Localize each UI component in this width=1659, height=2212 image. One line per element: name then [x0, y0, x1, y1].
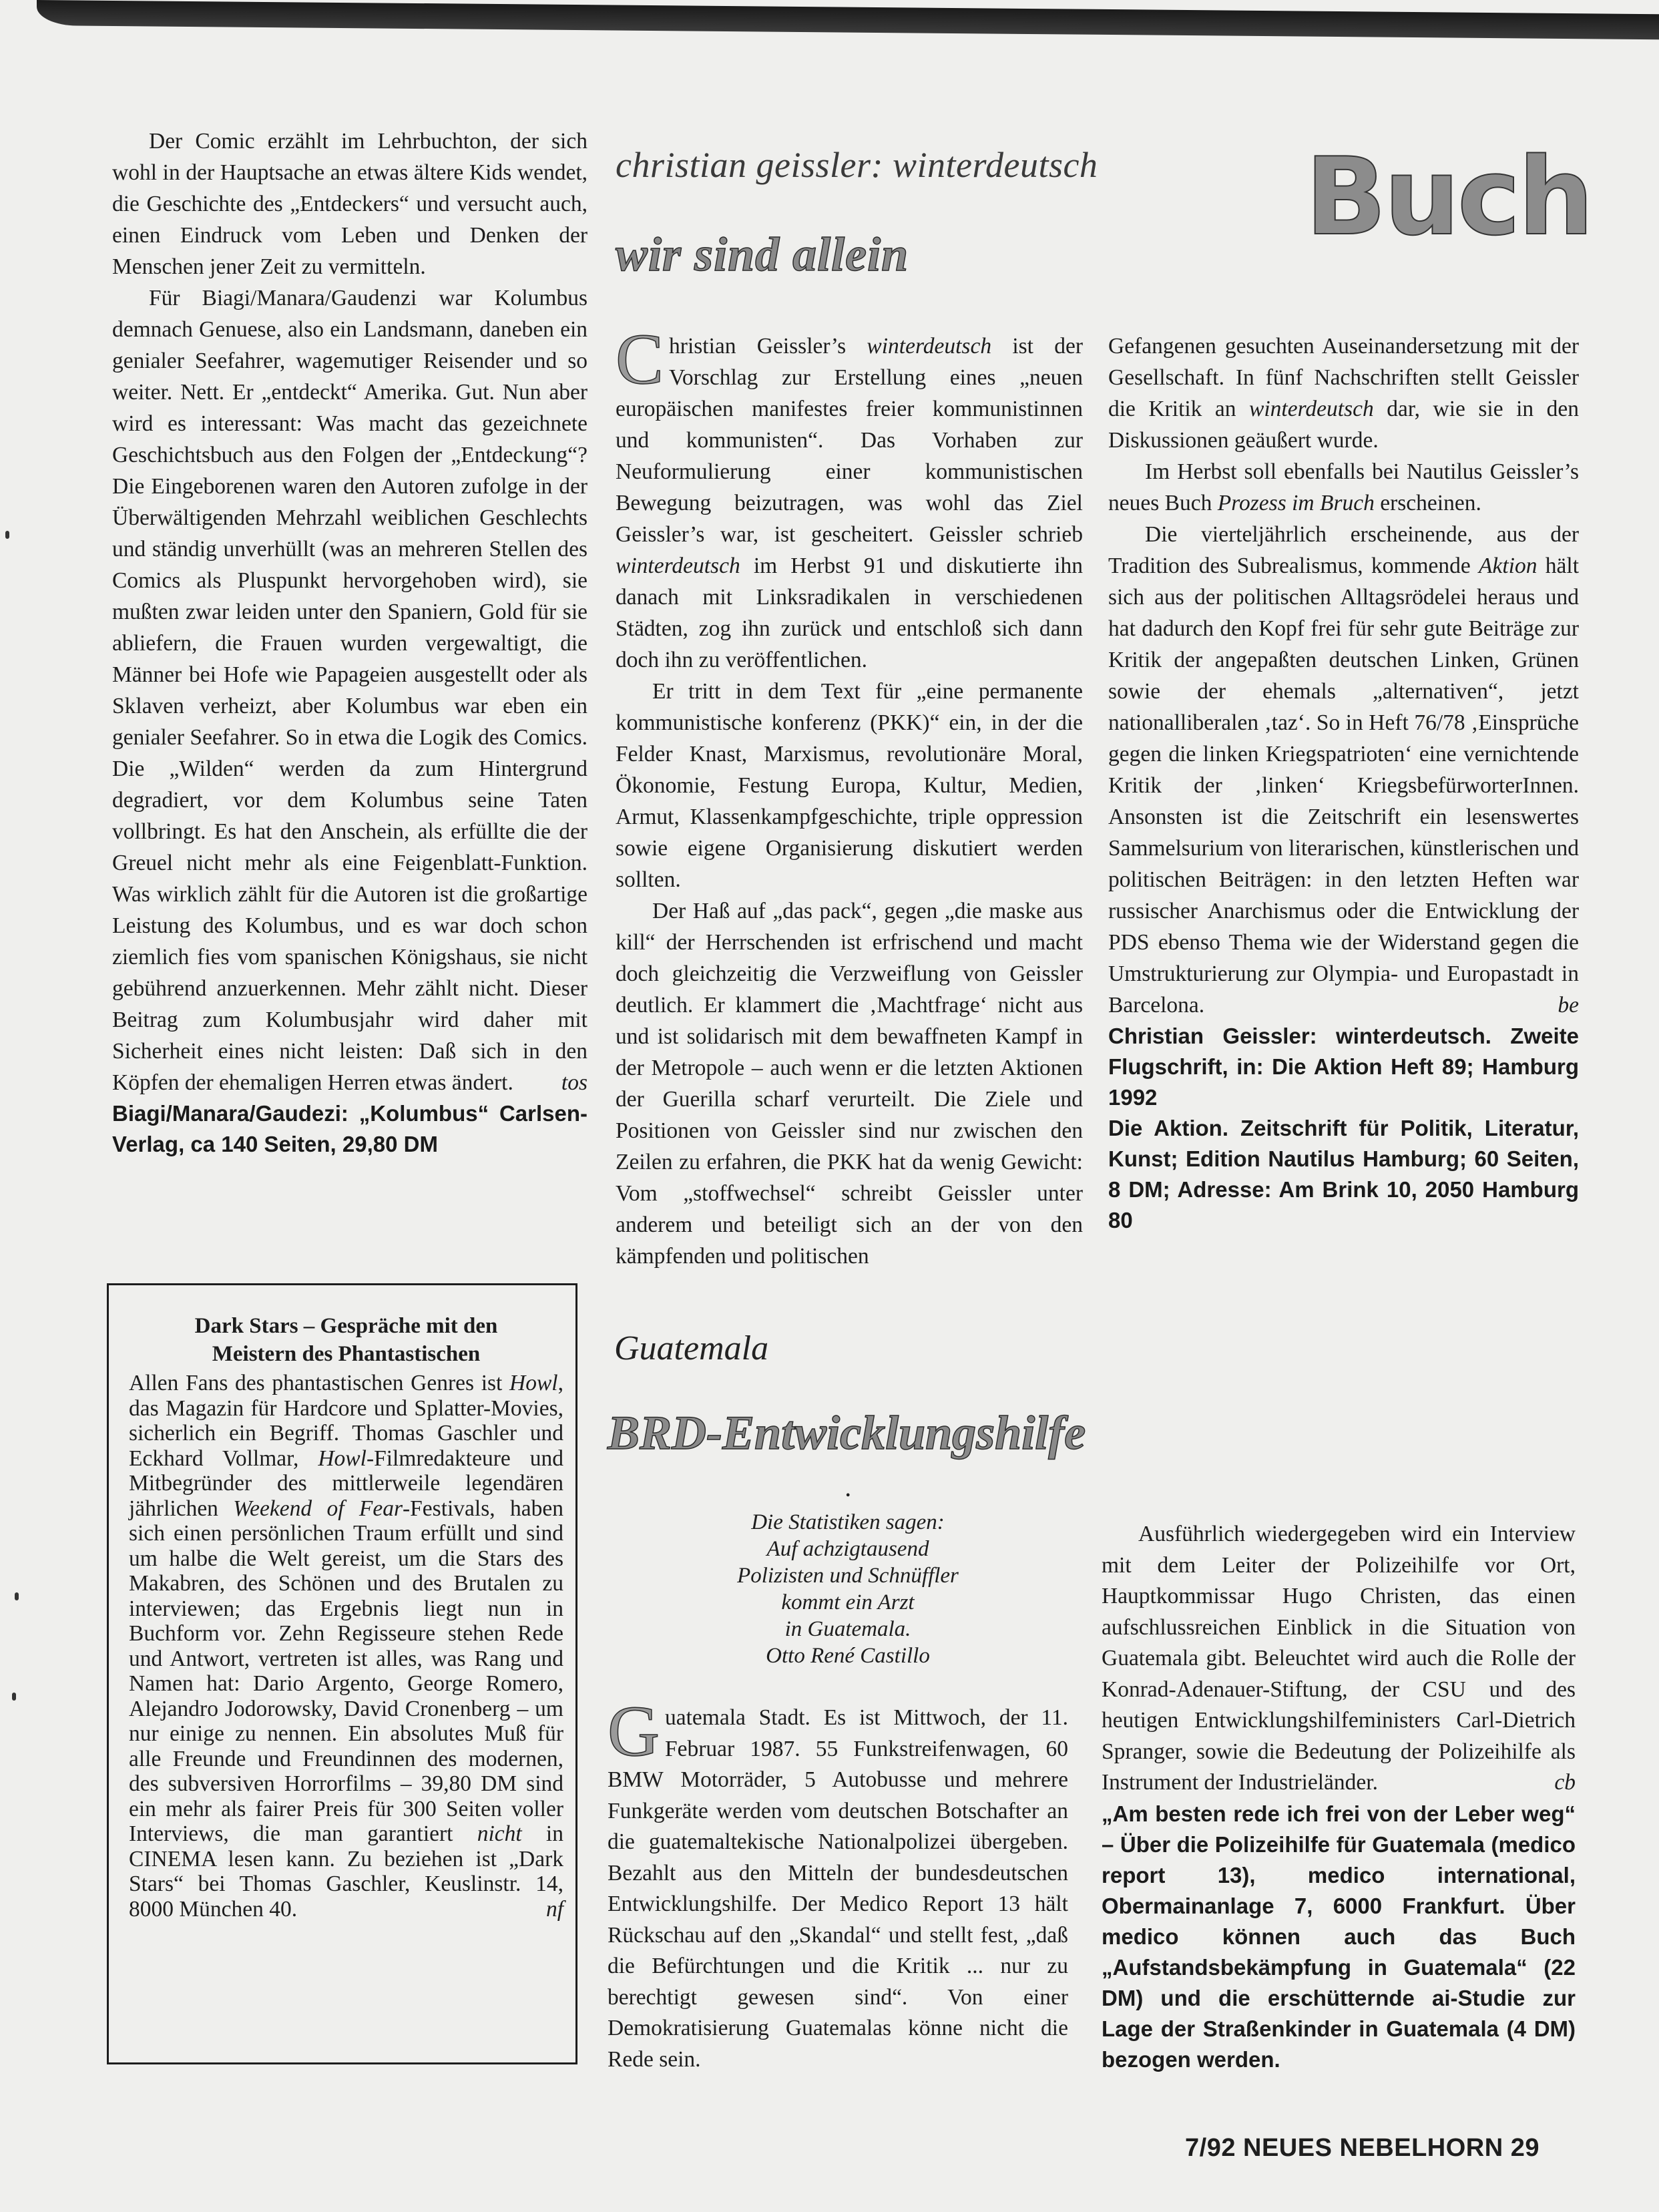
- article-kicker: Guatemala: [614, 1329, 768, 1368]
- margin-mark: [15, 1592, 19, 1600]
- article-kicker: christian geissler: winterdeutsch: [616, 144, 1098, 186]
- article-headline: BRD-Entwicklungshilfe: [608, 1405, 1086, 1461]
- kolumbus-paragraph: Der Comic erzählt im Lehrbuchton, der si…: [112, 126, 587, 282]
- guatemala-column-1: Guatemala Stadt. Es ist Mittwoch, der 11…: [608, 1703, 1068, 2075]
- guatemala-bibliography: „Am besten rede ich frei von der Leber w…: [1102, 1799, 1576, 2075]
- margin-mark: [5, 531, 9, 539]
- dropcap: C: [616, 333, 664, 387]
- geissler-paragraph: Die vierteljährlich erscheinende, aus de…: [1108, 519, 1579, 1021]
- scan-shadow-edge: [37, 0, 1659, 39]
- geissler-bibliography-2: Die Aktion. Zeitschrift für Politik, Lit…: [1108, 1113, 1579, 1236]
- guatemala-paragraph: Guatemala Stadt. Es ist Mittwoch, der 11…: [608, 1703, 1068, 2075]
- author-signature: be: [1521, 989, 1579, 1021]
- page-footer: 7/92 NEUES NEBELHORN 29: [1185, 2134, 1539, 2163]
- magazine-title: Howl: [318, 1446, 367, 1471]
- section-badge-buch: Buch: [1305, 144, 1592, 250]
- author-signature: nf: [546, 1897, 563, 1922]
- author-signature: tos: [525, 1067, 587, 1098]
- epigraph-poem: • Die Statistiken sagen: Auf achzigtause…: [614, 1482, 1082, 1669]
- text: -Festivals, haben sich einen persönliche…: [129, 1496, 563, 1847]
- text: hält sich aus der politischen Alltagsröd…: [1108, 554, 1579, 1018]
- festival-title: Weekend of Fear: [233, 1496, 403, 1521]
- guatemala-paragraph: Ausführlich wiedergegeben wird ein Inter…: [1102, 1519, 1576, 1799]
- kolumbus-paragraph: Für Biagi/Manara/Gaudenzi war Kolumbus d…: [112, 282, 587, 1098]
- geissler-paragraph: Im Herbst soll ebenfalls bei Nautilus Ge…: [1108, 456, 1579, 519]
- poem-line: Auf achzigtausend: [614, 1536, 1082, 1562]
- dropcap: G: [608, 1705, 660, 1759]
- title-line: Dark Stars – Gespräche mit den: [129, 1312, 563, 1340]
- poem-line: kommt ein Arzt: [614, 1589, 1082, 1616]
- book-title: winterdeutsch: [616, 554, 740, 578]
- text: erscheinen.: [1375, 491, 1481, 515]
- guatemala-column-2: Ausführlich wiedergegeben wird ein Inter…: [1102, 1519, 1576, 2075]
- magazine-title: Howl: [509, 1371, 558, 1395]
- book-title: winterdeutsch: [867, 334, 991, 359]
- book-title: Prozess im Bruch: [1218, 491, 1375, 515]
- author-signature: cb: [1517, 1767, 1576, 1799]
- kolumbus-text: Für Biagi/Manara/Gaudenzi war Kolumbus d…: [112, 286, 587, 1095]
- article-headline: wir sind allein: [616, 227, 909, 282]
- geissler-column-2: Gefangenen gesuchten Auseinandersetzung …: [1108, 330, 1579, 1236]
- text: Ausführlich wiedergegeben wird ein Inter…: [1102, 1522, 1576, 1795]
- kolumbus-bibliography: Biagi/Manara/Gaudezi: „Kolumbus“ Carlsen…: [112, 1098, 587, 1160]
- text: hristian Geissler’s: [669, 334, 867, 359]
- geissler-paragraph: Er tritt in dem Text für „eine permanent…: [616, 676, 1083, 895]
- title-line: Meistern des Phantastischen: [129, 1340, 563, 1368]
- kolumbus-review: Der Comic erzählt im Lehrbuchton, der si…: [112, 126, 587, 1160]
- geissler-bibliography-1: Christian Geissler: winterdeutsch. Zweit…: [1108, 1021, 1579, 1113]
- poem-author: Otto René Castillo: [614, 1642, 1082, 1669]
- geissler-paragraph: Christian Geissler’s winterdeutsch ist d…: [616, 330, 1083, 676]
- emphasis: nicht: [477, 1821, 522, 1846]
- bullet-dot: •: [614, 1482, 1082, 1509]
- darkstars-review-box: Dark Stars – Gespräche mit den Meistern …: [107, 1283, 577, 2064]
- poem-line: Polizisten und Schnüffler: [614, 1562, 1082, 1589]
- text: ist der Vorschlag zur Erstellung eines „…: [616, 334, 1083, 547]
- poem-line: in Guatemala.: [614, 1616, 1082, 1642]
- text: uatemala Stadt. Es ist Mittwoch, der 11.…: [608, 1705, 1068, 2072]
- margin-mark: [12, 1693, 16, 1701]
- magazine-title: Aktion: [1479, 554, 1537, 578]
- geissler-paragraph: Gefangenen gesuchten Auseinandersetzung …: [1108, 330, 1579, 456]
- darkstars-body: Allen Fans des phantastischen Genres ist…: [129, 1371, 563, 1922]
- darkstars-title: Dark Stars – Gespräche mit den Meistern …: [129, 1312, 563, 1368]
- poem-line: Die Statistiken sagen:: [614, 1509, 1082, 1536]
- text: Allen Fans des phantastischen Genres ist: [129, 1371, 509, 1395]
- geissler-column-1: Christian Geissler’s winterdeutsch ist d…: [616, 330, 1083, 1272]
- geissler-paragraph: Der Haß auf „das pack“, gegen „die maske…: [616, 895, 1083, 1272]
- book-title: winterdeutsch: [1249, 397, 1374, 421]
